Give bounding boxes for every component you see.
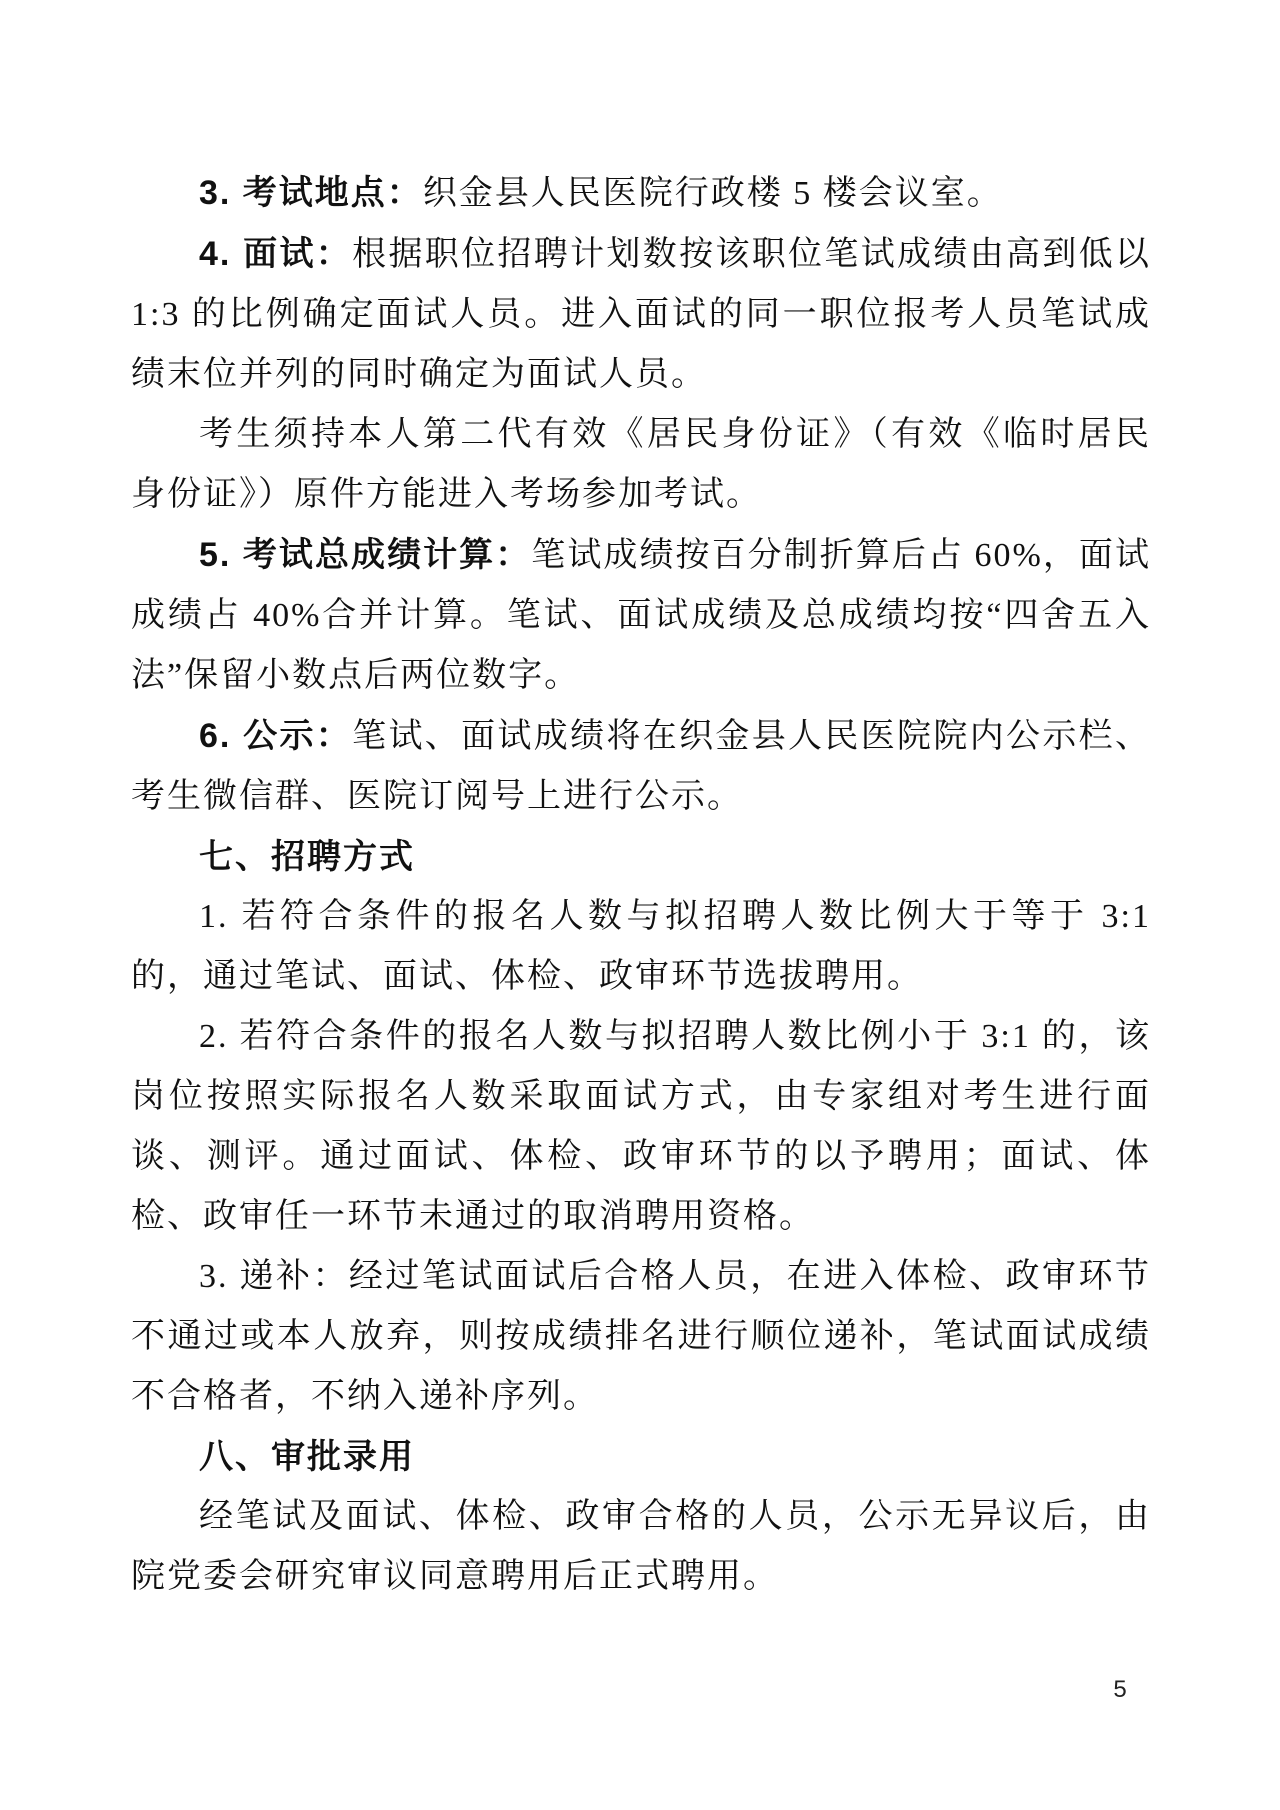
paragraph-label: 5. 考试总成绩计算：	[199, 536, 531, 574]
page-number: 5	[1100, 1675, 1140, 1705]
document-body: 3. 考试地点：织金县人民医院行政楼 5 楼会议室。 4. 面试：根据职位招聘计…	[131, 163, 1151, 1607]
paragraph-text: 1. 若符合条件的报名人数与拟招聘人数比例大于等于 3:1 的，通过笔试、面试、…	[131, 898, 1151, 995]
paragraph-interview: 4. 面试：根据职位招聘计划数按该职位笔试成绩由高到低以 1:3 的比例确定面试…	[131, 224, 1151, 405]
paragraph-exam-location: 3. 考试地点：织金县人民医院行政楼 5 楼会议室。	[131, 163, 1151, 224]
paragraph-replacement: 3. 递补：经过笔试面试后合格人员，在进入体检、政审环节不通过或本人放弃，则按成…	[131, 1247, 1151, 1427]
paragraph-text: 织金县人民医院行政楼 5 楼会议室。	[423, 175, 1003, 212]
paragraph-id-card: 考生须持本人第二代有效《居民身份证》（有效《临时居民身份证》）原件方能进入考场参…	[131, 405, 1151, 525]
paragraph-label: 4. 面试：	[199, 235, 352, 273]
section-heading-recruitment-method: 七、招聘方式	[131, 827, 1151, 887]
paragraph-ratio-ge: 1. 若符合条件的报名人数与拟招聘人数比例大于等于 3:1 的，通过笔试、面试、…	[131, 887, 1151, 1007]
document-page: 3. 考试地点：织金县人民医院行政楼 5 楼会议室。 4. 面试：根据职位招聘计…	[0, 0, 1280, 1810]
paragraph-total-score: 5. 考试总成绩计算：笔试成绩按百分制折算后占 60%，面试成绩占 40%合并计…	[131, 525, 1151, 706]
paragraph-final-hire: 经笔试及面试、体检、政审合格的人员，公示无异议后，由院党委会研究审议同意聘用后正…	[131, 1487, 1151, 1607]
paragraph-publicity: 6. 公示：笔试、面试成绩将在织金县人民医院院内公示栏、考生微信群、医院订阅号上…	[131, 706, 1151, 827]
paragraph-ratio-lt: 2. 若符合条件的报名人数与拟招聘人数比例小于 3:1 的，该岗位按照实际报名人…	[131, 1007, 1151, 1247]
paragraph-text: 2. 若符合条件的报名人数与拟招聘人数比例小于 3:1 的，该岗位按照实际报名人…	[131, 1018, 1151, 1235]
section-heading-approval: 八、审批录用	[131, 1427, 1151, 1487]
paragraph-text: 考生须持本人第二代有效《居民身份证》（有效《临时居民身份证》）原件方能进入考场参…	[131, 416, 1151, 513]
paragraph-label: 3. 考试地点：	[199, 174, 423, 212]
paragraph-text: 经笔试及面试、体检、政审合格的人员，公示无异议后，由院党委会研究审议同意聘用后正…	[131, 1498, 1151, 1595]
paragraph-text: 3. 递补：经过笔试面试后合格人员，在进入体检、政审环节不通过或本人放弃，则按成…	[131, 1258, 1151, 1415]
paragraph-label: 6. 公示：	[199, 717, 352, 755]
